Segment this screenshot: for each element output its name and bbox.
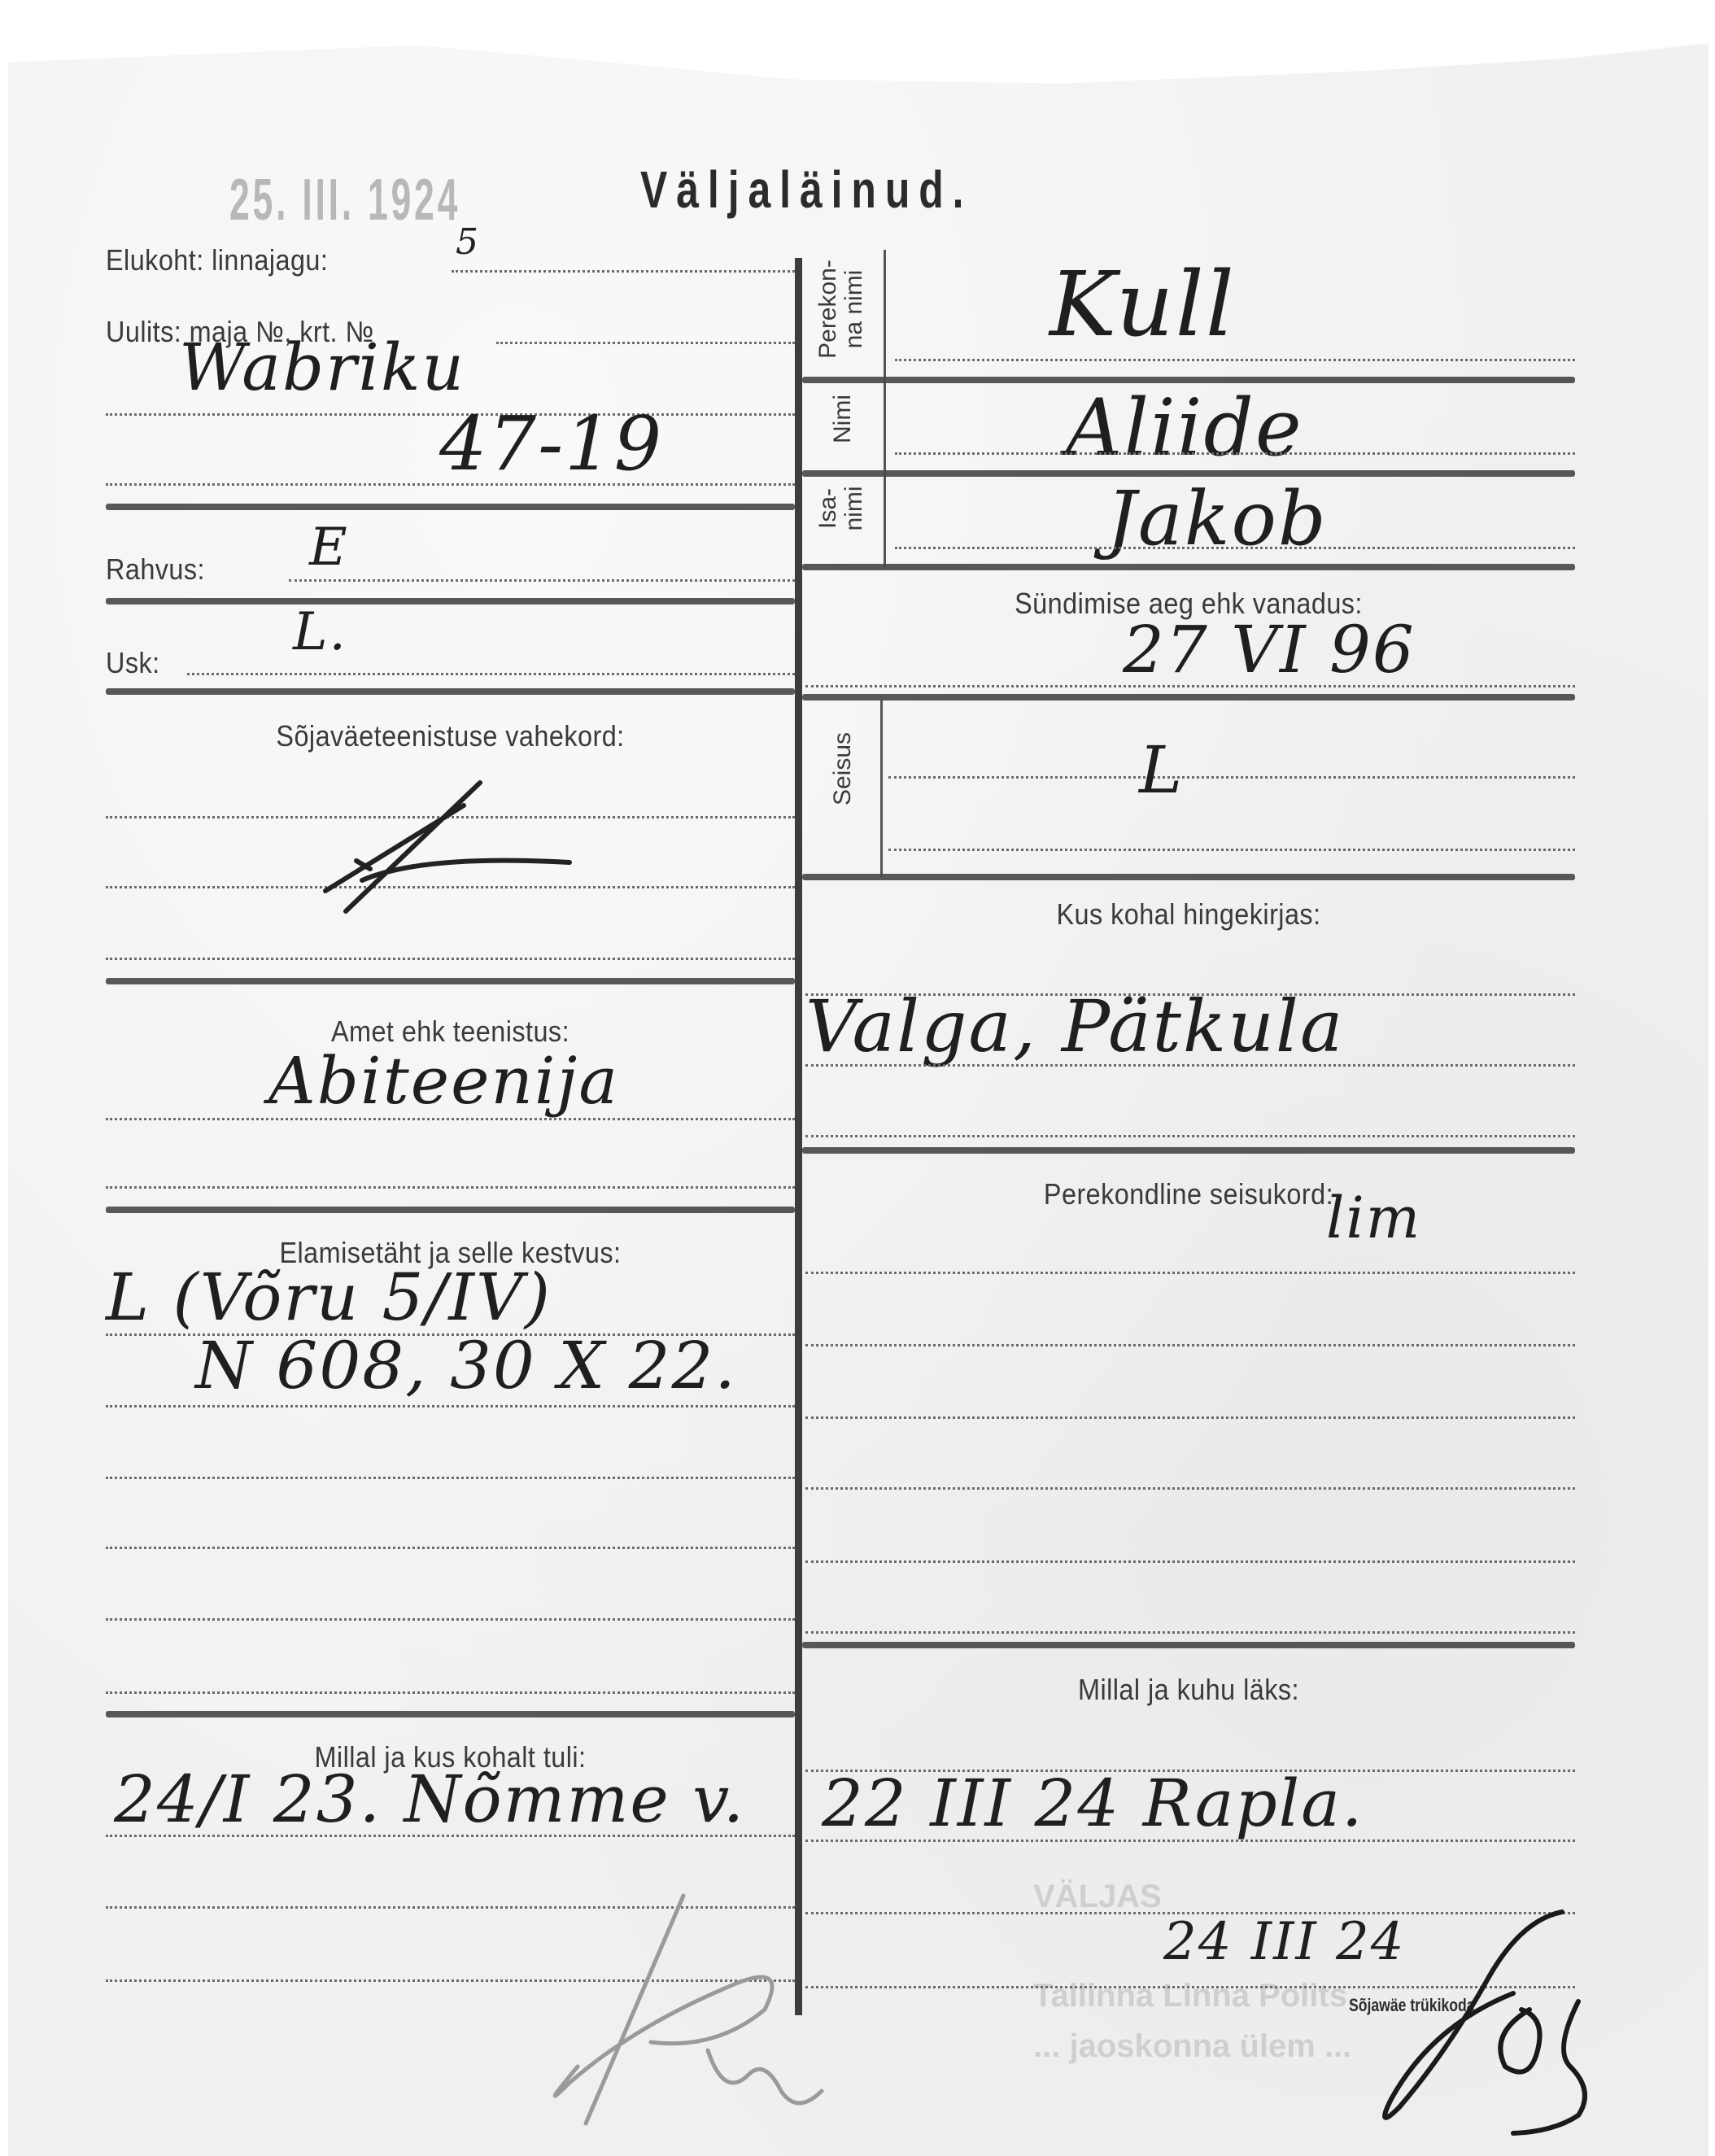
street-line-2 bbox=[106, 483, 795, 486]
permit-line-5 bbox=[106, 1691, 795, 1694]
residence-label: Elukoht: linnajagu: bbox=[106, 244, 328, 277]
section-rule bbox=[802, 1147, 1575, 1154]
occupation-line-0 bbox=[106, 1118, 795, 1120]
family-line-3 bbox=[805, 1487, 1575, 1490]
nationality-line bbox=[289, 579, 795, 582]
status-label-divider bbox=[880, 700, 883, 877]
first-name-label: Nimi bbox=[830, 382, 856, 456]
arrived-line-0 bbox=[106, 1835, 795, 1837]
military-service-label: Sõjaväeteenistuse vahekord: bbox=[140, 720, 760, 753]
house-number-value: 47-19 bbox=[439, 400, 663, 487]
birth-line bbox=[805, 685, 1575, 687]
section-rule bbox=[802, 564, 1575, 570]
street-value: Wabriku bbox=[179, 330, 465, 405]
surname-value: Kull bbox=[1050, 252, 1236, 356]
document-scan: 25. III. 1924 Väljaläinud. Elukoht: linn… bbox=[0, 0, 1715, 2156]
section-rule bbox=[106, 688, 795, 695]
permit-line-3 bbox=[106, 1547, 795, 1549]
section-rule bbox=[802, 874, 1575, 880]
occupation-value: Abiteenija bbox=[268, 1043, 619, 1119]
section-rule bbox=[802, 694, 1575, 700]
section-rule bbox=[106, 1207, 795, 1213]
center-divider bbox=[795, 258, 802, 2015]
departed-value: 22 III 24 Rapla. bbox=[822, 1765, 1364, 1841]
family-line-0 bbox=[805, 1272, 1575, 1274]
residence-permit-line2: N 608, 30 X 22. bbox=[195, 1328, 737, 1403]
section-rule bbox=[106, 1711, 795, 1717]
residence-value: 5 bbox=[456, 221, 480, 263]
status-value: L bbox=[1139, 732, 1184, 808]
ink-signature bbox=[1326, 1904, 1595, 2140]
arrived-value: 24/I 23. Nõmme v. bbox=[114, 1761, 745, 1837]
parish-line-1 bbox=[805, 1064, 1575, 1067]
family-line-2 bbox=[805, 1416, 1575, 1419]
patronymic-line bbox=[895, 547, 1575, 549]
family-line-4 bbox=[805, 1560, 1575, 1563]
parish-register-label: Kus kohal hingekirjas: bbox=[841, 898, 1537, 931]
departed-line-1 bbox=[805, 1840, 1575, 1842]
section-rule bbox=[106, 978, 795, 984]
parish-register-value: Valga, Pätkula bbox=[805, 984, 1345, 1068]
birth-value: 27 VI 96 bbox=[1123, 612, 1416, 687]
section-rule bbox=[802, 1642, 1575, 1648]
date-stamp: 25. III. 1924 bbox=[229, 167, 460, 233]
name-label-divider bbox=[884, 250, 886, 567]
religion-line bbox=[187, 673, 795, 675]
nationality-label: Rahvus: bbox=[106, 553, 205, 586]
pencil-signature bbox=[521, 1888, 830, 2132]
residence-line bbox=[452, 270, 795, 273]
form-title: Väljaläinud. bbox=[640, 159, 972, 220]
first-name-value: Aliide bbox=[1066, 382, 1303, 474]
status-label: Seisus bbox=[830, 708, 856, 830]
departed-label: Millal ja kuhu läks: bbox=[841, 1674, 1537, 1706]
first-name-line bbox=[895, 452, 1575, 455]
permit-line-2 bbox=[106, 1477, 795, 1479]
status-line-0 bbox=[888, 776, 1575, 779]
section-rule bbox=[106, 598, 795, 604]
surname-line bbox=[895, 359, 1575, 361]
family-status-value: lim bbox=[1326, 1185, 1421, 1251]
section-rule bbox=[106, 504, 795, 510]
residence-permit-line1: L (Võru 5/IV) bbox=[106, 1259, 552, 1335]
patronymic-label: Isa- nimi bbox=[815, 472, 867, 545]
nationality-value: E bbox=[309, 517, 349, 578]
military-service-mark bbox=[301, 773, 578, 919]
street-line-0 bbox=[496, 342, 795, 344]
permit-line-1 bbox=[106, 1405, 795, 1408]
occupation-line-1 bbox=[106, 1186, 795, 1189]
parish-line-2 bbox=[805, 1135, 1575, 1137]
family-status-label: Perekondline seisukord: bbox=[841, 1178, 1537, 1211]
religion-value: L. bbox=[293, 602, 347, 662]
status-line-1 bbox=[888, 849, 1575, 851]
surname-label: Perekon- na nimi bbox=[815, 252, 867, 366]
permit-line-4 bbox=[106, 1618, 795, 1621]
military-line-2 bbox=[106, 958, 795, 960]
religion-label: Usk: bbox=[106, 647, 160, 679]
family-line-5 bbox=[805, 1631, 1575, 1634]
family-line-1 bbox=[805, 1344, 1575, 1346]
